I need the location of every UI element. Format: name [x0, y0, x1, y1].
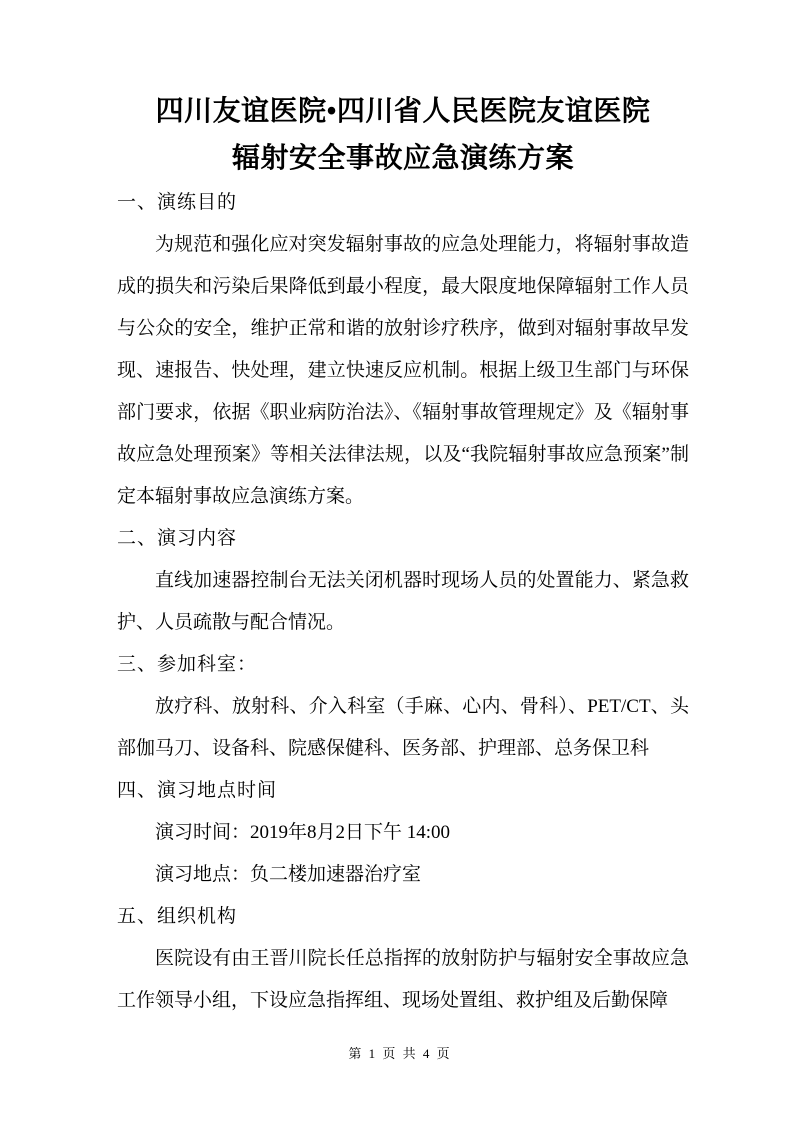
section-organization: 五、组织机构 医院设有由王晋川院长任总指挥的放射防护与辐射安全事故应急工作领导小…: [117, 896, 689, 1022]
section-heading-1: 一、演练目的: [117, 182, 689, 224]
document-title: 四川友谊医院•四川省人民医院友谊医院 辐射安全事故应急演练方案: [117, 88, 689, 182]
section-drill-content: 二、演习内容 直线加速器控制台无法关闭机器时现场人员的处置能力、紧急救护、人员疏…: [117, 518, 689, 644]
section-heading-5: 五、组织机构: [117, 896, 689, 938]
section-drill-purpose: 一、演练目的 为规范和强化应对突发辐射事故的应急处理能力，将辐射事故造成的损失和…: [117, 182, 689, 518]
section-participating-departments: 三、参加科室： 放疗科、放射科、介入科室（手麻、心内、骨科）、PET/CT、头部…: [117, 644, 689, 770]
section-heading-4: 四、演习地点时间: [117, 770, 689, 812]
page-footer: 第 1 页 共 4 页: [0, 1043, 800, 1062]
page-number-label: 第 1 页 共 4 页: [348, 1046, 451, 1061]
section-2-paragraph-1: 直线加速器控制台无法关闭机器时现场人员的处置能力、紧急救护、人员疏散与配合情况。: [117, 560, 689, 644]
section-drill-time-place: 四、演习地点时间 演习时间：2019年8月2日下午 14:00 演习地点：负二楼…: [117, 770, 689, 896]
document-content: 四川友谊医院•四川省人民医院友谊医院 辐射安全事故应急演练方案 一、演练目的 为…: [0, 0, 800, 1022]
section-5-paragraph-1: 医院设有由王晋川院长任总指挥的放射防护与辐射安全事故应急工作领导小组，下设应急指…: [117, 938, 689, 1022]
drill-time-line: 演习时间：2019年8月2日下午 14:00: [117, 812, 689, 854]
section-3-paragraph-1: 放疗科、放射科、介入科室（手麻、心内、骨科）、PET/CT、头部伽马刀、设备科、…: [117, 686, 689, 770]
section-1-paragraph-1: 为规范和强化应对突发辐射事故的应急处理能力，将辐射事故造成的损失和污染后果降低到…: [117, 224, 689, 518]
drill-place-line: 演习地点：负二楼加速器治疗室: [117, 854, 689, 896]
document-title-line-1: 四川友谊医院•四川省人民医院友谊医院: [117, 88, 689, 135]
section-heading-3: 三、参加科室：: [117, 644, 689, 686]
section-heading-2: 二、演习内容: [117, 518, 689, 560]
document-title-line-2: 辐射安全事故应急演练方案: [117, 135, 689, 182]
document-page: 四川友谊医院•四川省人民医院友谊医院 辐射安全事故应急演练方案 一、演练目的 为…: [0, 0, 800, 1132]
